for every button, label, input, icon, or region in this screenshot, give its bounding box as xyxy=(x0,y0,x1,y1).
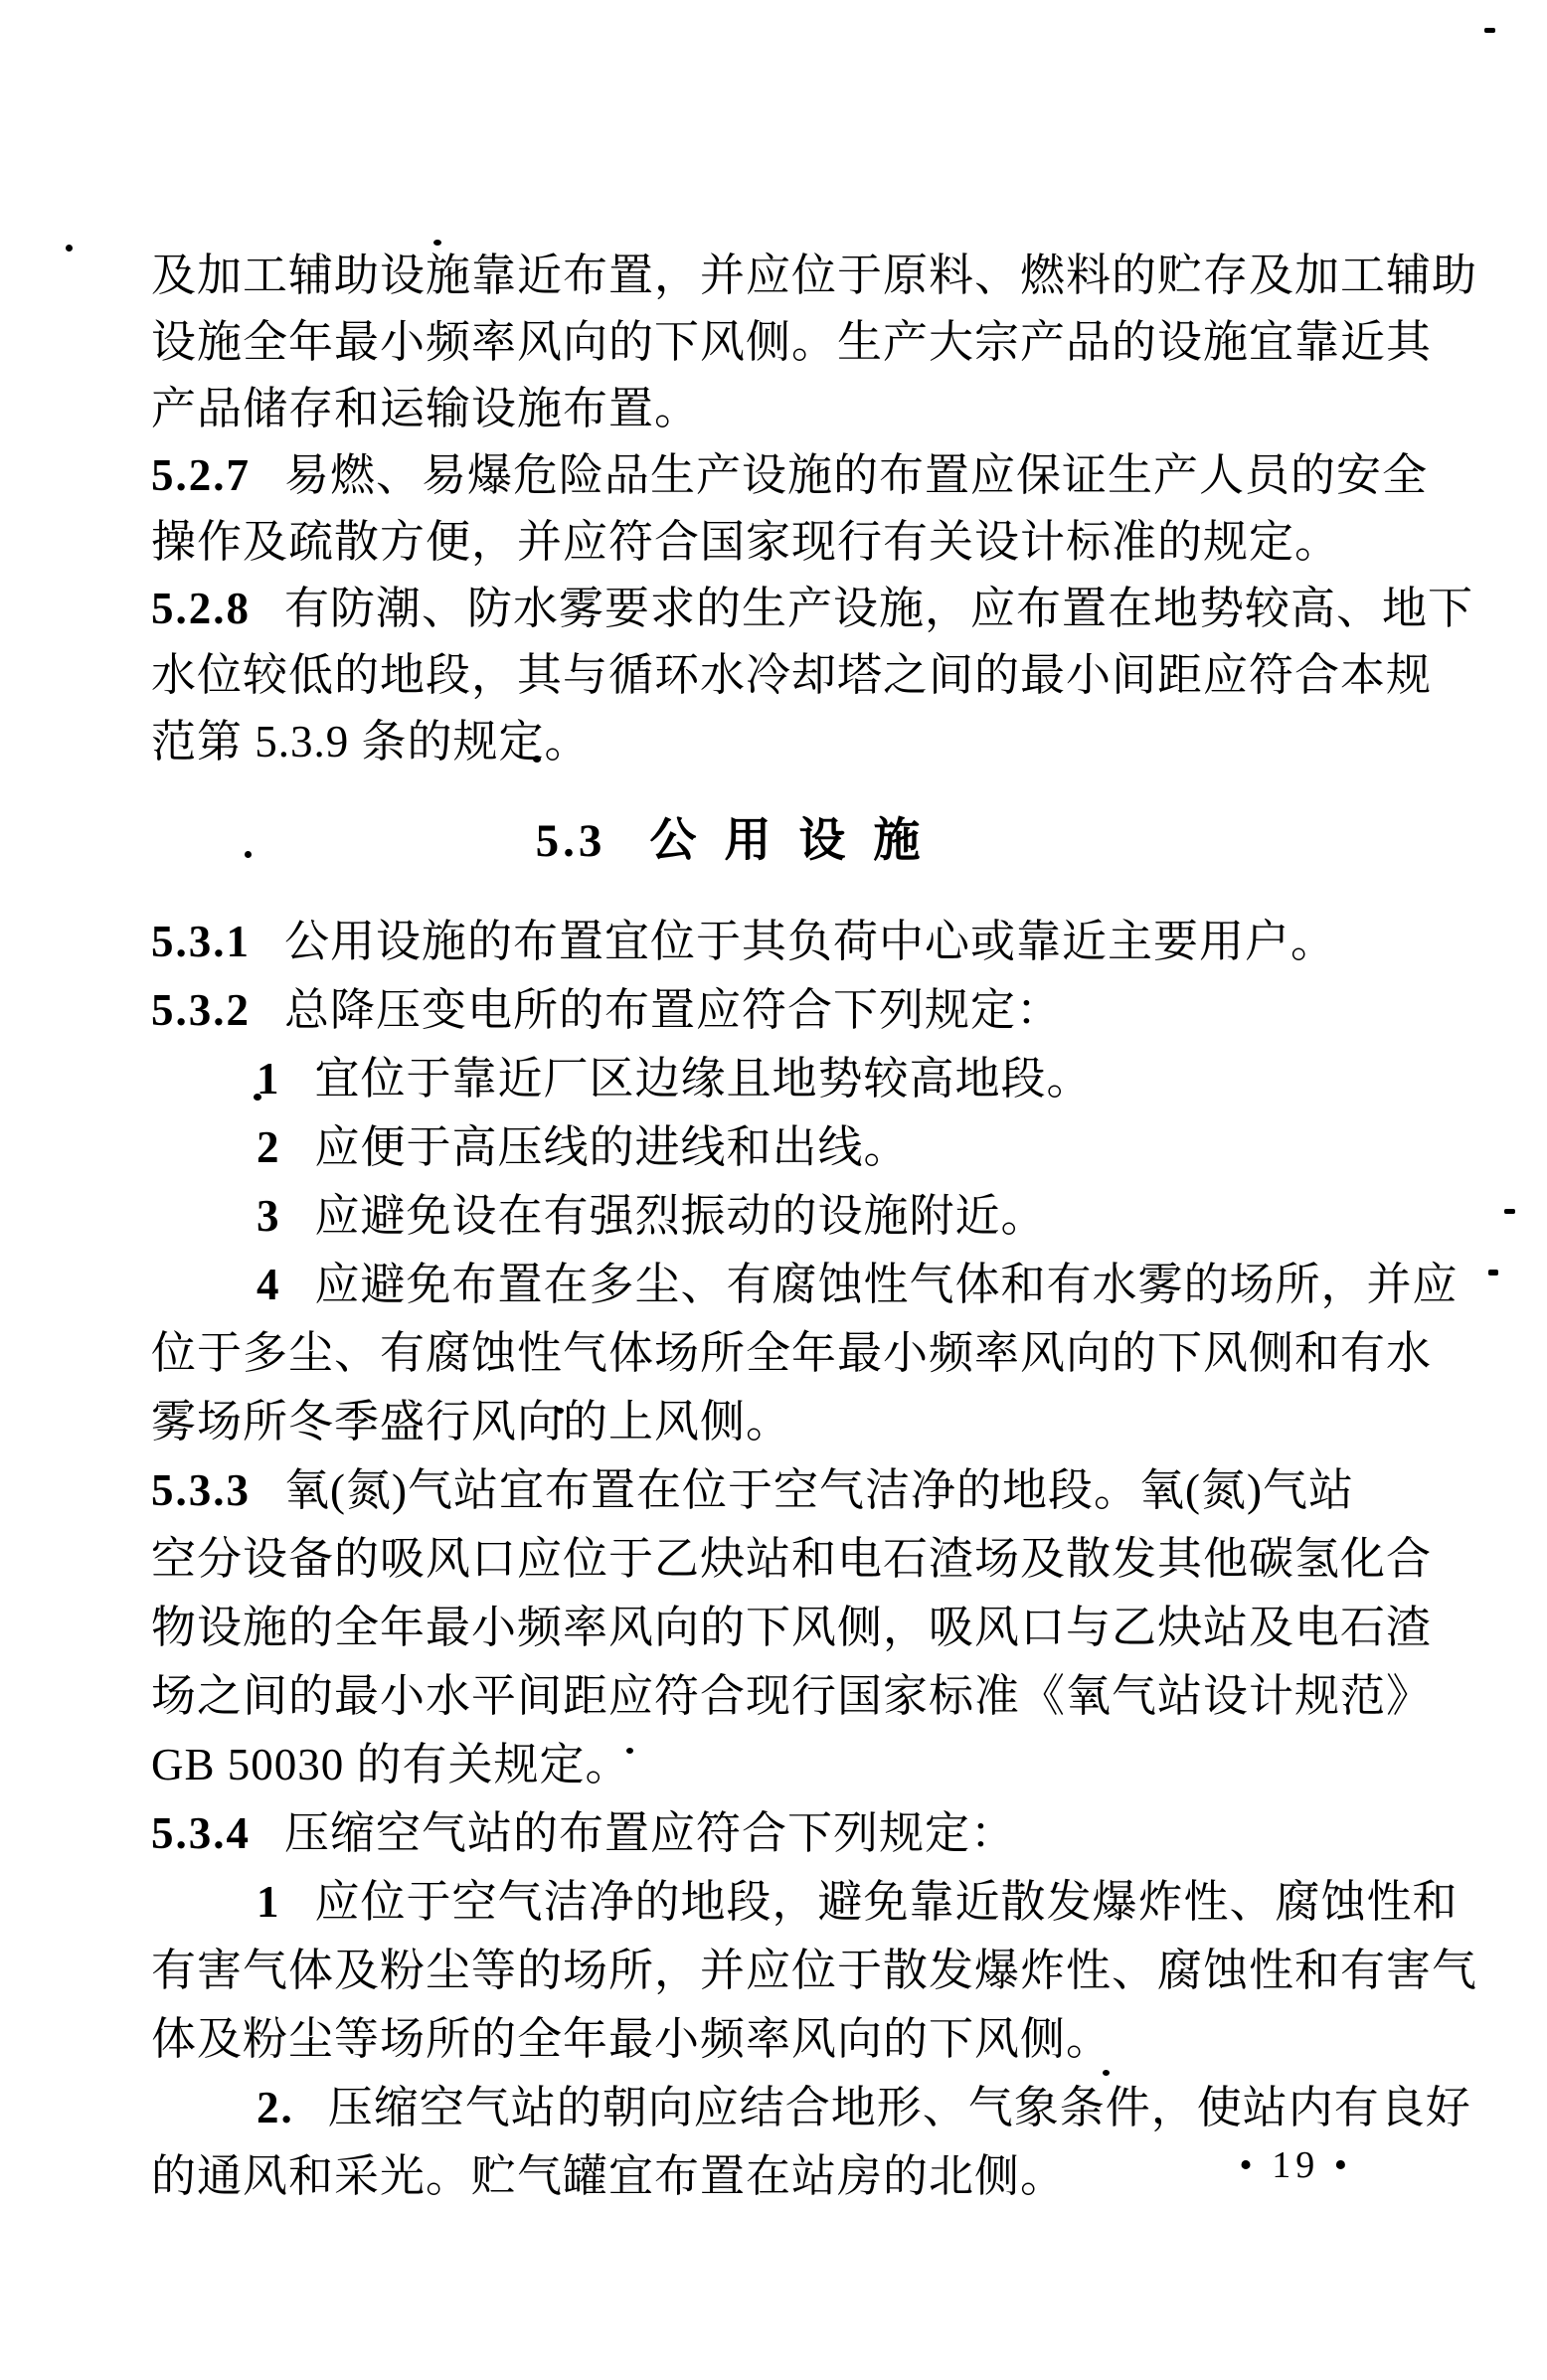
list-item-2: 2应便于高压线的进线和出线。 xyxy=(151,1118,1416,1187)
text-line: 物设施的全年最小频率风向的下风侧，吸风口与乙炔站及电石渣 xyxy=(151,1599,1416,1667)
line-text: 水位较低的地段，其与循环水冷却塔之间的最小间距应符合本规 xyxy=(151,650,1432,700)
text-line: 空分设备的吸风口应位于乙炔站和电石渣场及散发其他碳氢化合 xyxy=(151,1530,1416,1599)
scan-artifact-dot xyxy=(254,1094,261,1101)
item-number: 1 xyxy=(257,1877,281,1927)
line-text: 总降压变电所的布置应符合下列规定： xyxy=(284,985,1062,1035)
line-text: 的通风和采光。贮气罐宜布置在站房的北侧。 xyxy=(151,2151,1066,2201)
clause-number: 5.2.7 xyxy=(151,450,251,500)
line-text: 压缩空气站的布置应符合下列规定： xyxy=(284,1808,1016,1858)
section-heading: 5.3公用设施 xyxy=(151,812,1332,879)
scan-artifact-dot xyxy=(1103,2070,1110,2076)
scan-artifact-dot xyxy=(1484,28,1495,33)
document-page: 及加工辅助设施靠近布置，并应位于原料、燃料的贮存及加工辅助 设施全年最小频率风向… xyxy=(0,0,1547,2380)
line-text: 物设施的全年最小频率风向的下风侧，吸风口与乙炔站及电石渣 xyxy=(151,1603,1432,1652)
text-line: GB 50030 的有关规定。 xyxy=(151,1736,1416,1804)
line-text: 氧(氮)气站宜布置在位于空气洁净的地段。氧(氮)气站 xyxy=(284,1465,1354,1515)
line-text: 及加工辅助设施靠近布置，并应位于原料、燃料的贮存及加工辅助 xyxy=(151,251,1477,300)
text-line: 场之间的最小水平间距应符合现行国家标准《氧气站设计规范》 xyxy=(151,1667,1416,1736)
text-line: 有害气体及粉尘等的场所，并应位于散发爆炸性、腐蚀性和有害气 xyxy=(151,1942,1416,2010)
line-text: GB 50030 的有关规定。 xyxy=(151,1740,631,1789)
line-text: 应避免设在有强烈振动的设施附近。 xyxy=(315,1191,1047,1241)
scan-artifact-dot xyxy=(433,240,441,246)
line-text: 范第 5.3.9 条的规定。 xyxy=(151,717,591,766)
line-text: 易燃、易爆危险品生产设施的布置应保证生产人员的安全 xyxy=(284,450,1428,500)
text-block: 及加工辅助设施靠近布置，并应位于原料、燃料的贮存及加工辅助 设施全年最小频率风向… xyxy=(151,247,1416,2216)
clause-number: 5.3.3 xyxy=(151,1465,251,1515)
text-line-clause-5-2-7: 5.2.7易燃、易爆危险品生产设施的布置应保证生产人员的安全 xyxy=(151,446,1416,513)
text-line: 位于多尘、有腐蚀性气体场所全年最小频率风向的下风侧和有水 xyxy=(151,1324,1416,1393)
text-line: 设施全年最小频率风向的下风侧。生产大宗产品的设施宜靠近其 xyxy=(151,313,1416,380)
list-item-1: 1宜位于靠近厂区边缘且地势较高地段。 xyxy=(151,1050,1416,1118)
line-text: 产品储存和运输设施布置。 xyxy=(151,384,700,433)
text-line: 范第 5.3.9 条的规定。 xyxy=(151,713,1416,779)
text-line-clause-5-3-4: 5.3.4压缩空气站的布置应符合下列规定： xyxy=(151,1804,1416,1873)
line-text: 空分设备的吸风口应位于乙炔站和电石渣场及散发其他碳氢化合 xyxy=(151,1534,1432,1584)
list-item-2: 2.压缩空气站的朝向应结合地形、气象条件，使站内有良好 xyxy=(151,2079,1416,2147)
item-number: 2. xyxy=(257,2083,294,2132)
clause-number: 5.3.1 xyxy=(151,917,251,966)
item-number: 2 xyxy=(257,1122,281,1172)
text-line: 体及粉尘等场所的全年最小频率风向的下风侧。 xyxy=(151,2010,1416,2079)
text-line-clause-5-3-2: 5.3.2总降压变电所的布置应符合下列规定： xyxy=(151,981,1416,1050)
line-text: 应便于高压线的进线和出线。 xyxy=(315,1122,910,1172)
line-text: 压缩空气站的朝向应结合地形、气象条件，使站内有良好 xyxy=(328,2083,1471,2132)
line-text: 位于多尘、有腐蚀性气体场所全年最小频率风向的下风侧和有水 xyxy=(151,1328,1432,1378)
text-line: 及加工辅助设施靠近布置，并应位于原料、燃料的贮存及加工辅助 xyxy=(151,247,1416,313)
scan-artifact-dot xyxy=(557,1408,564,1414)
line-text: 有害气体及粉尘等的场所，并应位于散发爆炸性、腐蚀性和有害气 xyxy=(151,1946,1477,1995)
line-text: 公用设施的布置宜位于其负荷中心或靠近主要用户。 xyxy=(284,917,1336,966)
item-number: 4 xyxy=(257,1260,281,1309)
text-line-clause-5-3-3: 5.3.3氧(氮)气站宜布置在位于空气洁净的地段。氧(氮)气站 xyxy=(151,1461,1416,1530)
section-5-3: 5.3.1公用设施的布置宜位于其负荷中心或靠近主要用户。 5.3.2总降压变电所… xyxy=(151,913,1416,2216)
list-item-1: 1应位于空气洁净的地段，避免靠近散发爆炸性、腐蚀性和 xyxy=(151,1873,1416,1942)
clause-number: 5.3.2 xyxy=(151,985,251,1035)
text-line-clause-5-3-1: 5.3.1公用设施的布置宜位于其负荷中心或靠近主要用户。 xyxy=(151,913,1416,981)
clause-number: 5.3.4 xyxy=(151,1808,251,1858)
scan-artifact-dot xyxy=(533,756,541,763)
list-item-4: 4应避免布置在多尘、有腐蚀性气体和有水雾的场所，并应 xyxy=(151,1256,1416,1324)
line-text: 体及粉尘等场所的全年最小频率风向的下风侧。 xyxy=(151,2014,1112,2064)
section-heading-title: 公用设施 xyxy=(649,815,947,867)
item-number: 3 xyxy=(257,1191,281,1241)
line-text: 场之间的最小水平间距应符合现行国家标准《氧气站设计规范》 xyxy=(151,1671,1432,1721)
scan-artifact-dot xyxy=(66,245,73,252)
text-line: 水位较低的地段，其与循环水冷却塔之间的最小间距应符合本规 xyxy=(151,646,1416,713)
list-item-3: 3应避免设在有强烈振动的设施附近。 xyxy=(151,1187,1416,1256)
line-text: 宜位于靠近厂区边缘且地势较高地段。 xyxy=(315,1054,1093,1104)
scan-artifact-dot xyxy=(1488,1270,1498,1275)
text-line-clause-5-2-8: 5.2.8有防潮、防水雾要求的生产设施，应布置在地势较高、地下 xyxy=(151,580,1416,646)
page-number: • 19 • xyxy=(1239,2143,1352,2187)
scan-artifact-dot xyxy=(1504,1209,1515,1214)
line-text: 有防潮、防水雾要求的生产设施，应布置在地势较高、地下 xyxy=(284,584,1473,633)
text-line: 的通风和采光。贮气罐宜布置在站房的北侧。 xyxy=(151,2147,1416,2216)
line-text: 操作及疏散方便，并应符合国家现行有关设计标准的规定。 xyxy=(151,517,1340,567)
section-5-2: 及加工辅助设施靠近布置，并应位于原料、燃料的贮存及加工辅助 设施全年最小频率风向… xyxy=(151,247,1416,779)
line-text: 设施全年最小频率风向的下风侧。生产大宗产品的设施宜靠近其 xyxy=(151,317,1432,367)
line-text: 应避免布置在多尘、有腐蚀性气体和有水雾的场所，并应 xyxy=(315,1260,1459,1309)
clause-number: 5.2.8 xyxy=(151,584,251,633)
line-text: 应位于空气洁净的地段，避免靠近散发爆炸性、腐蚀性和 xyxy=(315,1877,1459,1927)
scan-artifact-dot xyxy=(626,1748,633,1754)
text-line: 产品储存和运输设施布置。 xyxy=(151,380,1416,446)
section-heading-number: 5.3 xyxy=(536,815,606,867)
line-text: 雾场所冬季盛行风向的上风侧。 xyxy=(151,1397,791,1446)
scan-artifact-dot xyxy=(245,851,252,858)
text-line: 操作及疏散方便，并应符合国家现行有关设计标准的规定。 xyxy=(151,513,1416,580)
text-line: 雾场所冬季盛行风向的上风侧。 xyxy=(151,1393,1416,1461)
